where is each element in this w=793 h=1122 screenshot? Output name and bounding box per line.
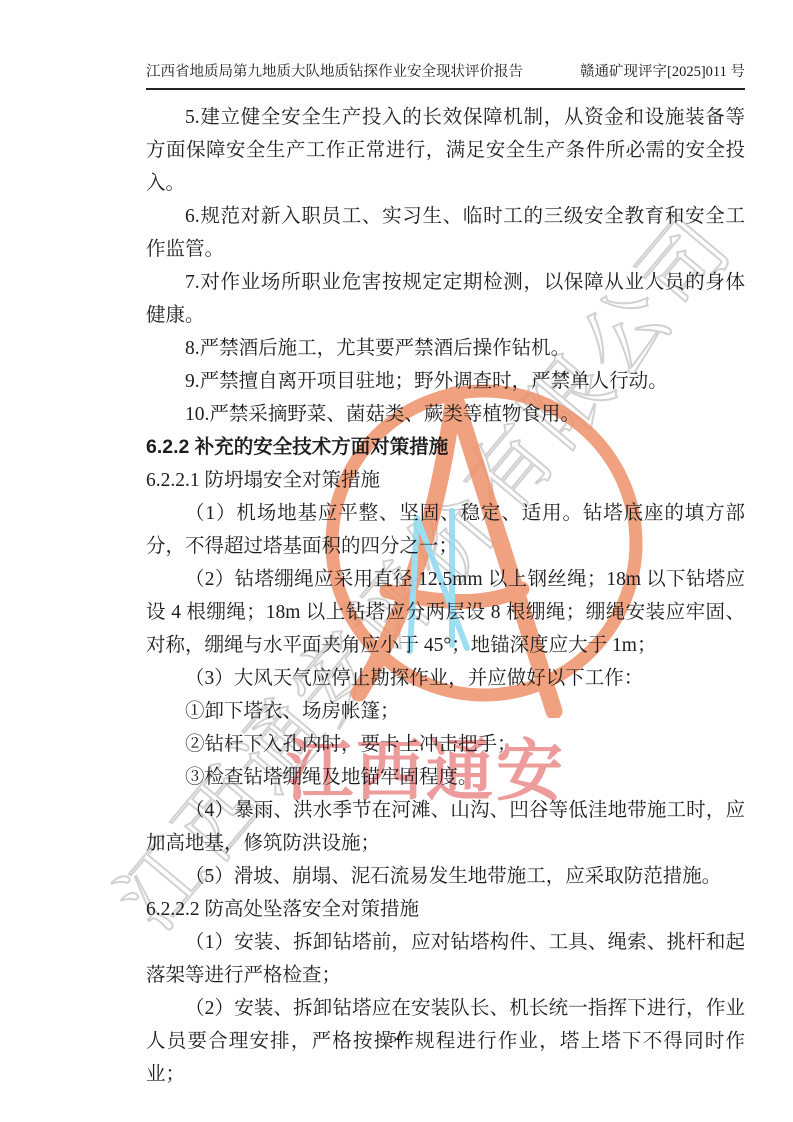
page-number: 54: [390, 1030, 404, 1045]
document-body: 5.建立健全安全生产投入的长效保障机制，从资金和设施装备等方面保障安全生产工作正…: [146, 101, 745, 1091]
paragraph: （1）机场地基应平整、坚固、稳定、适用。钻塔底座的填方部分，不得超过塔基面积的四…: [146, 497, 745, 563]
paragraph: （3）大风天气应停止勘探作业，并应做好以下工作：: [146, 662, 745, 695]
paragraph: 7.对作业场所职业危害按规定定期检测，以保障从业人员的身体健康。: [146, 266, 745, 332]
section-heading: 6.2.2.2 防高处坠落安全对策措施: [146, 893, 745, 926]
paragraph: 8.严禁酒后施工，尤其要严禁酒后操作钻机。: [146, 332, 745, 365]
paragraph: 10.严禁采摘野菜、菌菇类、蕨类等植物食用。: [146, 398, 745, 431]
paragraph: （1）安装、拆卸钻塔前，应对钻塔构件、工具、绳索、挑杆和起落架等进行严格检查；: [146, 926, 745, 992]
paragraph: 5.建立健全安全生产投入的长效保障机制，从资金和设施装备等方面保障安全生产工作正…: [146, 101, 745, 200]
paragraph: 9.严禁擅自离开项目驻地；野外调查时，严禁单人行动。: [146, 365, 745, 398]
document-page: 江西通安评价有限公司 江西通安 江西省地质局第九地质大队地质钻探作业安全现状评价…: [0, 0, 793, 1122]
paragraph: （4）暴雨、洪水季节在河滩、山沟、凹谷等低洼地带施工时，应加高地基，修筑防洪设施…: [146, 794, 745, 860]
header-report-title: 江西省地质局第九地质大队地质钻探作业安全现状评价报告: [146, 60, 523, 81]
section-heading: 6.2.2 补充的安全技术方面对策措施: [146, 431, 745, 464]
paragraph: ③检查钻塔绷绳及地锚牢固程度。: [146, 761, 745, 794]
paragraph: （2）钻塔绷绳应采用直径 12.5mm 以上钢丝绳；18m 以下钻塔应设 4 根…: [146, 563, 745, 662]
paragraph: ①卸下塔衣、场房帐篷；: [146, 695, 745, 728]
paragraph: ②钻杆下入孔内时，要卡上冲击把手；: [146, 728, 745, 761]
paragraph: （5）滑坡、崩塌、泥石流易发生地带施工，应采取防范措施。: [146, 860, 745, 893]
page-header: 江西省地质局第九地质大队地质钻探作业安全现状评价报告 赣通矿现评字[2025]0…: [146, 60, 745, 90]
section-heading: 6.2.2.1 防坍塌安全对策措施: [146, 464, 745, 497]
paragraph: 6.规范对新入职员工、实习生、临时工的三级安全教育和安全工作监管。: [146, 200, 745, 266]
page-footer: 54: [0, 1030, 793, 1046]
header-doc-number: 赣通矿现评字[2025]011 号: [580, 60, 745, 81]
